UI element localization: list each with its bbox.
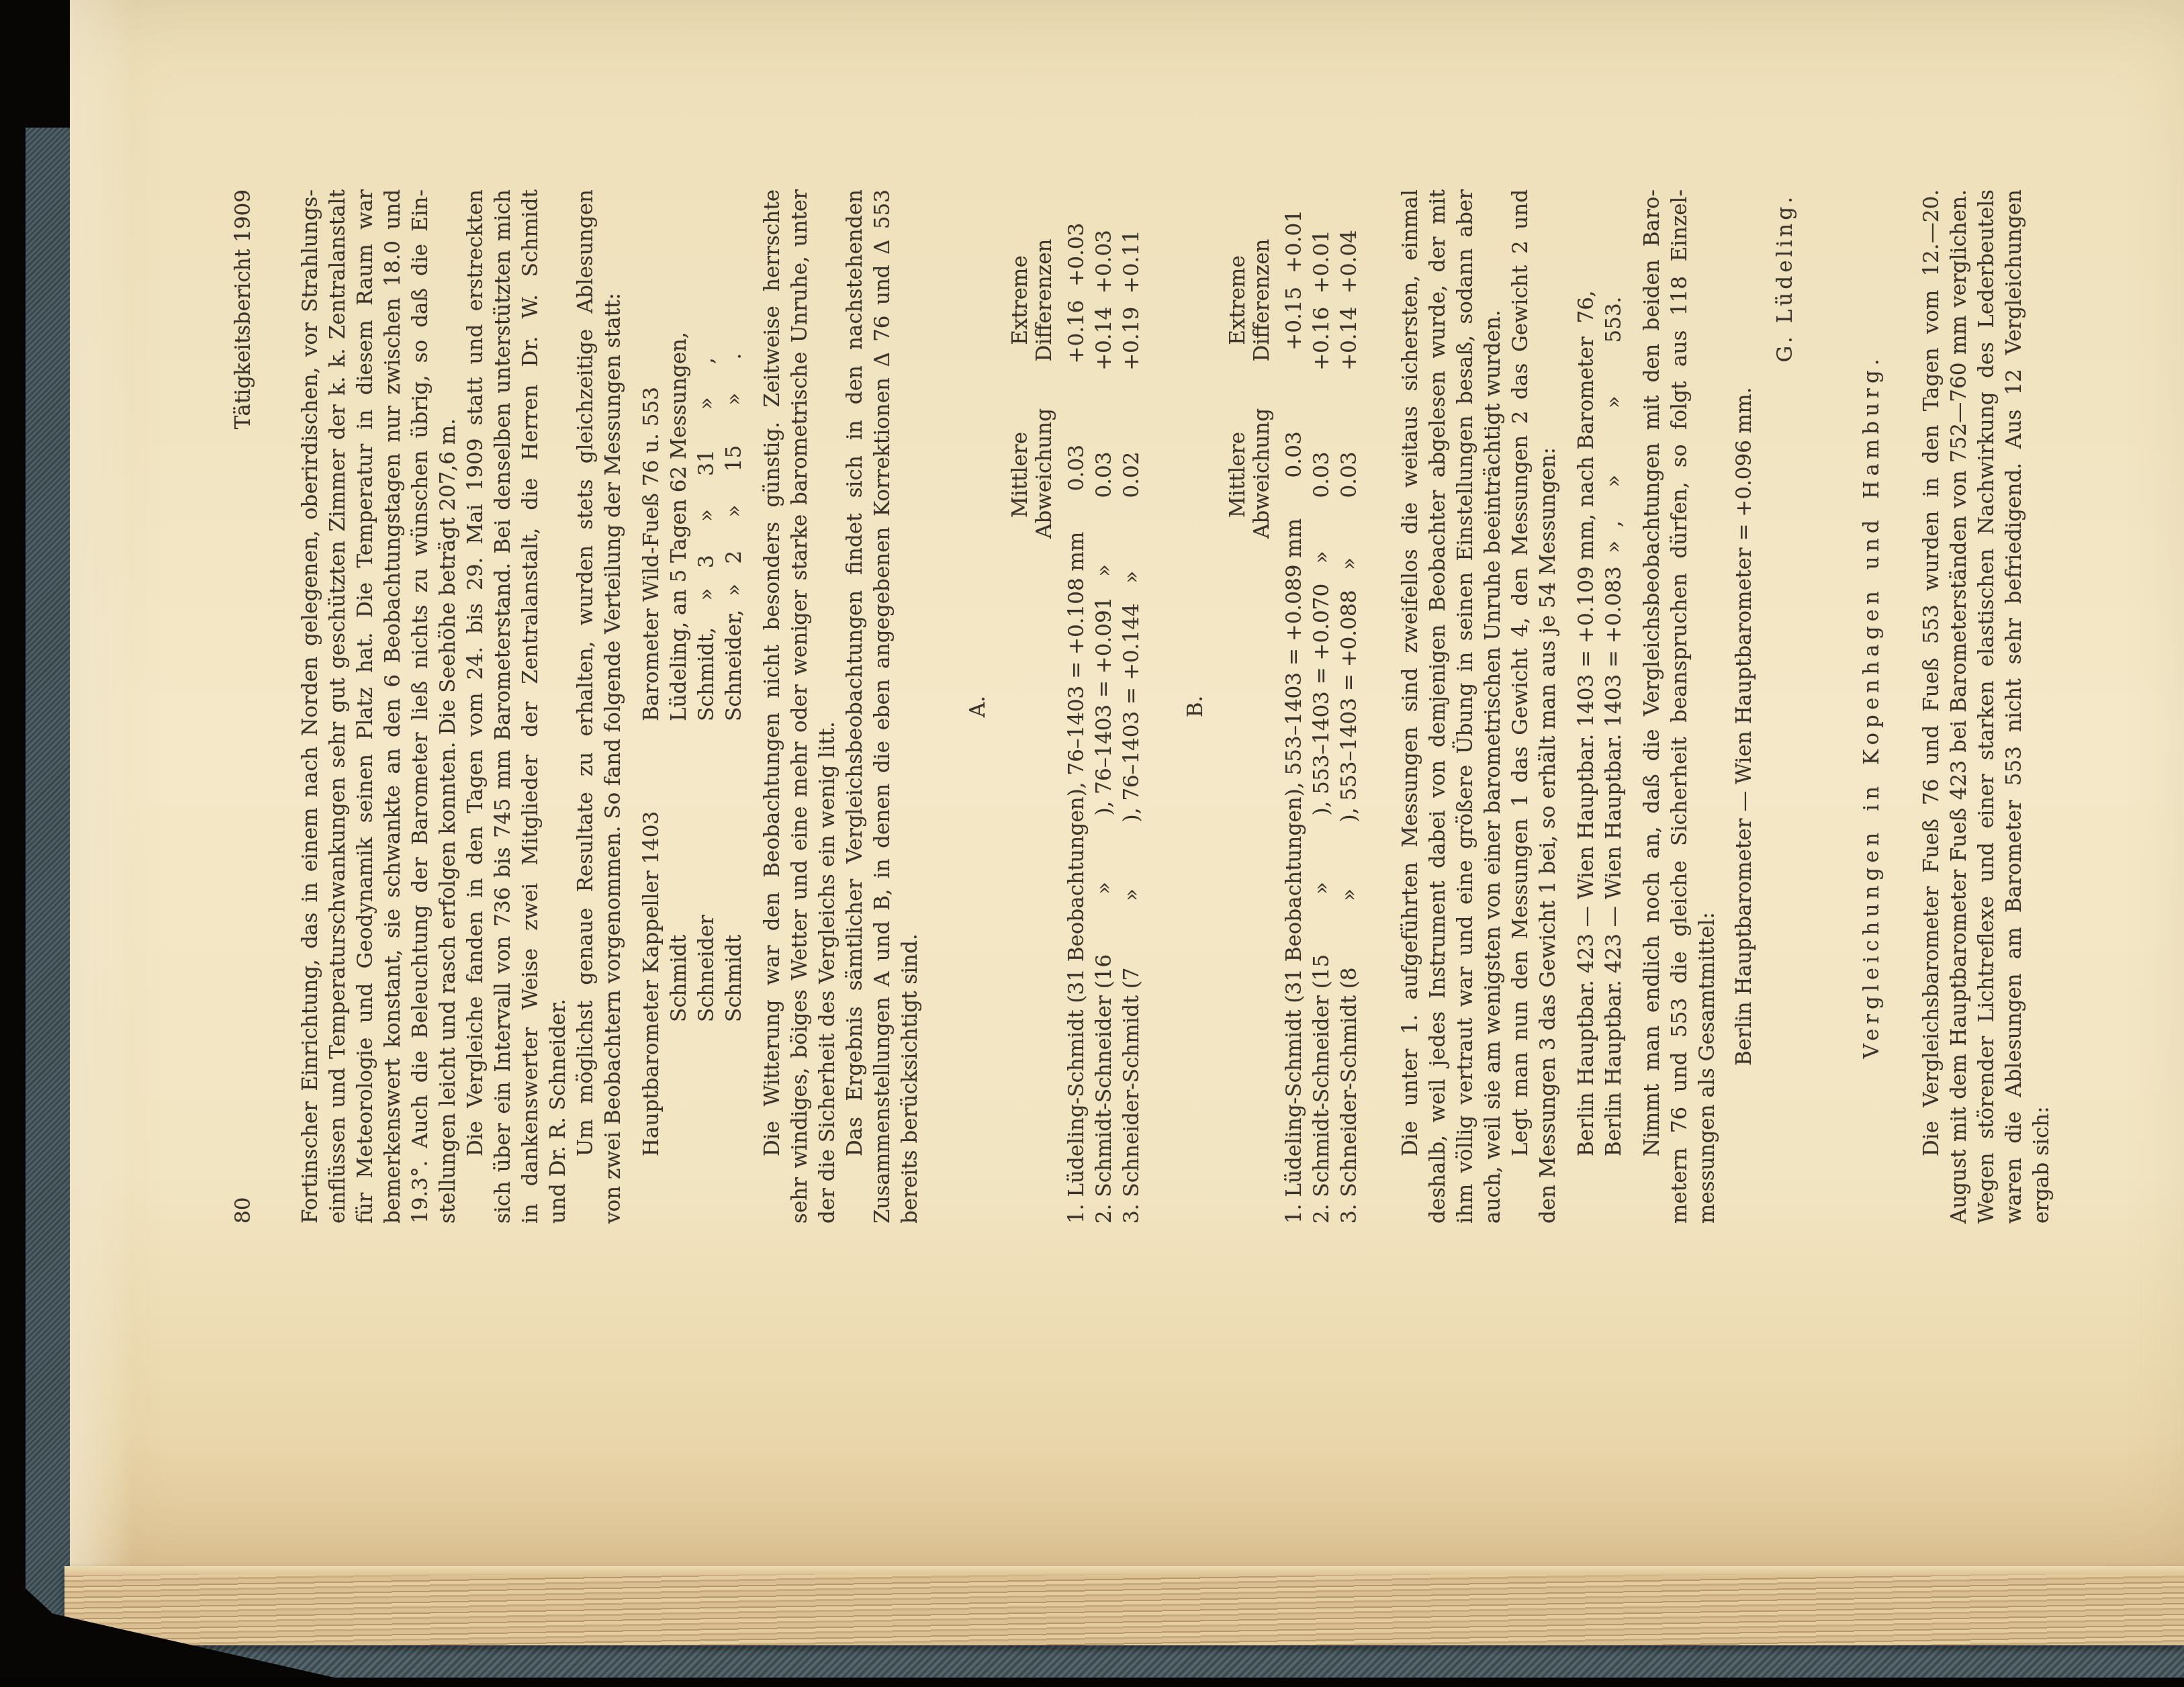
text-line: für Meteorologie und Geodynamik seinen P… — [352, 189, 379, 1224]
observer-row: Lüdeling, an 5 Tagen 62 Messungen, — [666, 189, 693, 721]
text-line: 19.3°. Auch die Beleuchtung der Baromete… — [407, 189, 435, 1224]
observer-name: Schneider — [693, 721, 721, 1156]
table-row: 1. Lüdeling-Schmidt (31 Beobachtungen), … — [1281, 189, 1308, 1224]
text-line: Um möglichst genaue Resultate zu erhalte… — [572, 189, 600, 1224]
text-line: ihm völlig vertraut war und eine größere… — [1452, 189, 1480, 1224]
observer-name: Schmidt — [721, 721, 748, 1156]
background-bottom-strip — [0, 1678, 2184, 1687]
text-line: auch, weil sie am wenigsten von einer ba… — [1480, 189, 1507, 1224]
page-fore-edge-stack — [64, 1566, 2184, 1645]
scanned-book-photo: 80 Tätigkeitsbericht 1909 Fortinscher Ei… — [0, 0, 2184, 1687]
text-line: von zwei Beobachtern vorgenommen. So fan… — [600, 189, 627, 1224]
paragraph: Legt man nun den Messungen 1 das Gewicht… — [1507, 189, 1562, 1224]
paragraph: Die Vergleiche fanden in den Tagen vom 2… — [462, 189, 572, 1224]
table-row: 2. Schmidt-Schneider (15 » ), 553–1403 =… — [1308, 189, 1336, 1224]
observer-name: Schmidt — [666, 721, 693, 1156]
text-line: stellungen leicht und rasch erfolgen kon… — [435, 189, 462, 1224]
text-line: sich über ein Intervall von 736 bis 745 … — [490, 189, 517, 1224]
running-head: Tätigkeitsbericht 1909 — [231, 189, 255, 429]
text-line: sehr windiges, böiges Wetter und eine me… — [786, 189, 814, 1224]
text-line: metern 76 und 553 die gleiche Sicherheit… — [1666, 189, 1694, 1224]
text-line: ergab sich: — [2028, 189, 2056, 1224]
mean-deviation: 0.03 — [1336, 411, 1363, 539]
text-line: deshalb, weil jedes Instrument dabei von… — [1424, 189, 1452, 1224]
column-header: MittlereAbweichung — [1226, 411, 1274, 539]
mean-deviation: 0.03 — [1308, 411, 1336, 539]
observer-row: Schmidt, » 3 » 31 » , — [693, 189, 721, 721]
column-header: ExtremeDifferenzen — [1226, 189, 1274, 411]
table-row: 3. Schneider-Schmidt (7 » ), 76–1403 = +… — [1118, 189, 1146, 1224]
text-line: waren die Ablesungen am Barometer 553 ni… — [2001, 189, 2028, 1224]
page-number: 80 — [231, 1197, 255, 1224]
extreme-differences: +0.19 +0.11 — [1118, 189, 1146, 411]
column-header: MittlereAbweichung — [1008, 411, 1056, 539]
text-line: messungen als Gesamtmittel: — [1694, 189, 1721, 1224]
table-b-header: MittlereAbweichung ExtremeDifferenzen — [1226, 189, 1274, 1224]
extreme-differences: +0.14 +0.04 — [1336, 189, 1363, 411]
extreme-differences: +0.15 +0.01 — [1281, 169, 1308, 391]
mean-deviation: 0.03 — [1281, 391, 1308, 518]
paragraph: Fortinscher Einrichtung, das in einem na… — [297, 189, 462, 1224]
text-line: bemerkenswert konstant, sie schwankte an… — [379, 189, 407, 1224]
text-line: Wegen störender Lichtreflexe und einer s… — [1973, 189, 2001, 1224]
text-line: Die unter 1. aufgeführten Messungen sind… — [1397, 189, 1424, 1224]
text-line: der die Sicherheit des Vergleichs ein we… — [814, 189, 841, 1224]
extreme-differences: +0.16 +0.01 — [1308, 189, 1336, 411]
row-label: 3. Schneider-Schmidt (8 » ), 553–1403 = … — [1336, 539, 1363, 1224]
page-header: 80 Tätigkeitsbericht 1909 — [231, 189, 255, 1224]
text-line: Die Witterung war den Beobachtungen nich… — [759, 189, 786, 1224]
mean-deviation: 0.03 — [1091, 411, 1118, 539]
comparison-result-lines: Berlin Hauptbar. 423 — Wien Hauptbar. 14… — [1573, 189, 1628, 1224]
book-page: 80 Tätigkeitsbericht 1909 Fortinscher Ei… — [70, 0, 2184, 1592]
text-line: Fortinscher Einrichtung, das in einem na… — [297, 189, 324, 1224]
table-a-header: MittlereAbweichung ExtremeDifferenzen — [1008, 189, 1056, 1224]
table-row: 1. Lüdeling-Schmidt (31 Beobachtungen), … — [1063, 189, 1091, 1224]
paragraph: Die Witterung war den Beobachtungen nich… — [759, 189, 841, 1224]
paragraph: Nimmt man endlich noch an, daß die Vergl… — [1639, 189, 1721, 1224]
mean-deviation: 0.03 — [1063, 404, 1091, 532]
row-label: 1. Lüdeling-Schmidt (31 Beobachtungen), … — [1063, 532, 1091, 1224]
row-label: 1. Lüdeling-Schmidt (31 Beobachtungen), … — [1281, 518, 1308, 1224]
text-line: Nimmt man endlich noch an, daß die Vergl… — [1639, 189, 1666, 1224]
text-line: August mit dem Hauptbarometer Fueß 423 b… — [1946, 189, 1973, 1224]
paragraph: Das Ergebnis sämtlicher Vergleichsbeobac… — [841, 189, 924, 1224]
text-line: den Messungen 3 das Gewicht 1 bei, so er… — [1535, 189, 1562, 1224]
row-label: 2. Schmidt-Schneider (15 » ), 553–1403 =… — [1308, 539, 1336, 1224]
page-content: 80 Tätigkeitsbericht 1909 Fortinscher Ei… — [70, 0, 2056, 1592]
column-header: ExtremeDifferenzen — [1008, 189, 1056, 411]
row-label: 2. Schmidt-Schneider (16 » ), 76–1403 = … — [1091, 539, 1118, 1224]
observer-row: Schneider, » 2 » 15 » . — [721, 189, 748, 721]
result-line: Berlin Hauptbar. 423 — Wien Hauptbar. 14… — [1573, 189, 1600, 1156]
extreme-differences: +0.16 +0.03 — [1063, 183, 1091, 404]
table-row: 3. Schneider-Schmidt (8 » ), 553–1403 = … — [1336, 189, 1363, 1224]
section-heading: Vergleichungen in Kopenhagen und Hamburg… — [1858, 189, 1886, 1224]
paragraph: Die unter 1. aufgeführten Messungen sind… — [1397, 189, 1507, 1224]
table-row: 2. Schmidt-Schneider (16 » ), 76–1403 = … — [1091, 189, 1118, 1224]
author-signature: G. Lüdeling. — [1772, 189, 1799, 1224]
text-line: einflüssen und Temperaturschwankungen se… — [324, 189, 352, 1224]
measurement-distribution: Hauptbarometer Kappeller 1403 Barometer … — [638, 189, 748, 1224]
text-line: Zusammenstellungen A und B, in denen die… — [869, 189, 897, 1224]
text-line: und Dr. R. Schneider. — [545, 189, 572, 1224]
text-line: Die Vergleichsbarometer Fueß 76 und Fueß… — [1918, 189, 1946, 1224]
table-b-heading: B. — [1182, 189, 1210, 1224]
table-a-heading: A. — [964, 189, 992, 1224]
book-cover-cloth-left — [26, 128, 70, 1687]
row-label: 3. Schneider-Schmidt (7 » ), 76–1403 = +… — [1118, 539, 1146, 1224]
grand-mean-line: Berlin Hauptbarometer — Wien Hauptbarome… — [1731, 189, 1758, 1224]
mean-deviation: 0.02 — [1118, 411, 1146, 539]
text-line: Die Vergleiche fanden in den Tagen vom 2… — [462, 189, 490, 1224]
paragraph: Die Vergleichsbarometer Fueß 76 und Fueß… — [1918, 189, 2056, 1224]
result-line: Berlin Hauptbar. 423 — Wien Hauptbar. 14… — [1600, 189, 1628, 1156]
text-line: Legt man nun den Messungen 1 das Gewicht… — [1507, 189, 1535, 1224]
text-line: bereits berücksichtigt sind. — [897, 189, 924, 1224]
extreme-differences: +0.14 +0.03 — [1091, 189, 1118, 411]
paragraph: Um möglichst genaue Resultate zu erhalte… — [572, 189, 627, 1224]
left-barometer-title: Hauptbarometer Kappeller 1403 — [638, 721, 666, 1156]
observer-row: Barometer Wild-Fueß 76 u. 553 — [638, 189, 666, 721]
text-line: Das Ergebnis sämtlicher Vergleichsbeobac… — [841, 189, 869, 1224]
text-line: in dankenswerter Weise zwei Mitglieder d… — [517, 189, 545, 1224]
